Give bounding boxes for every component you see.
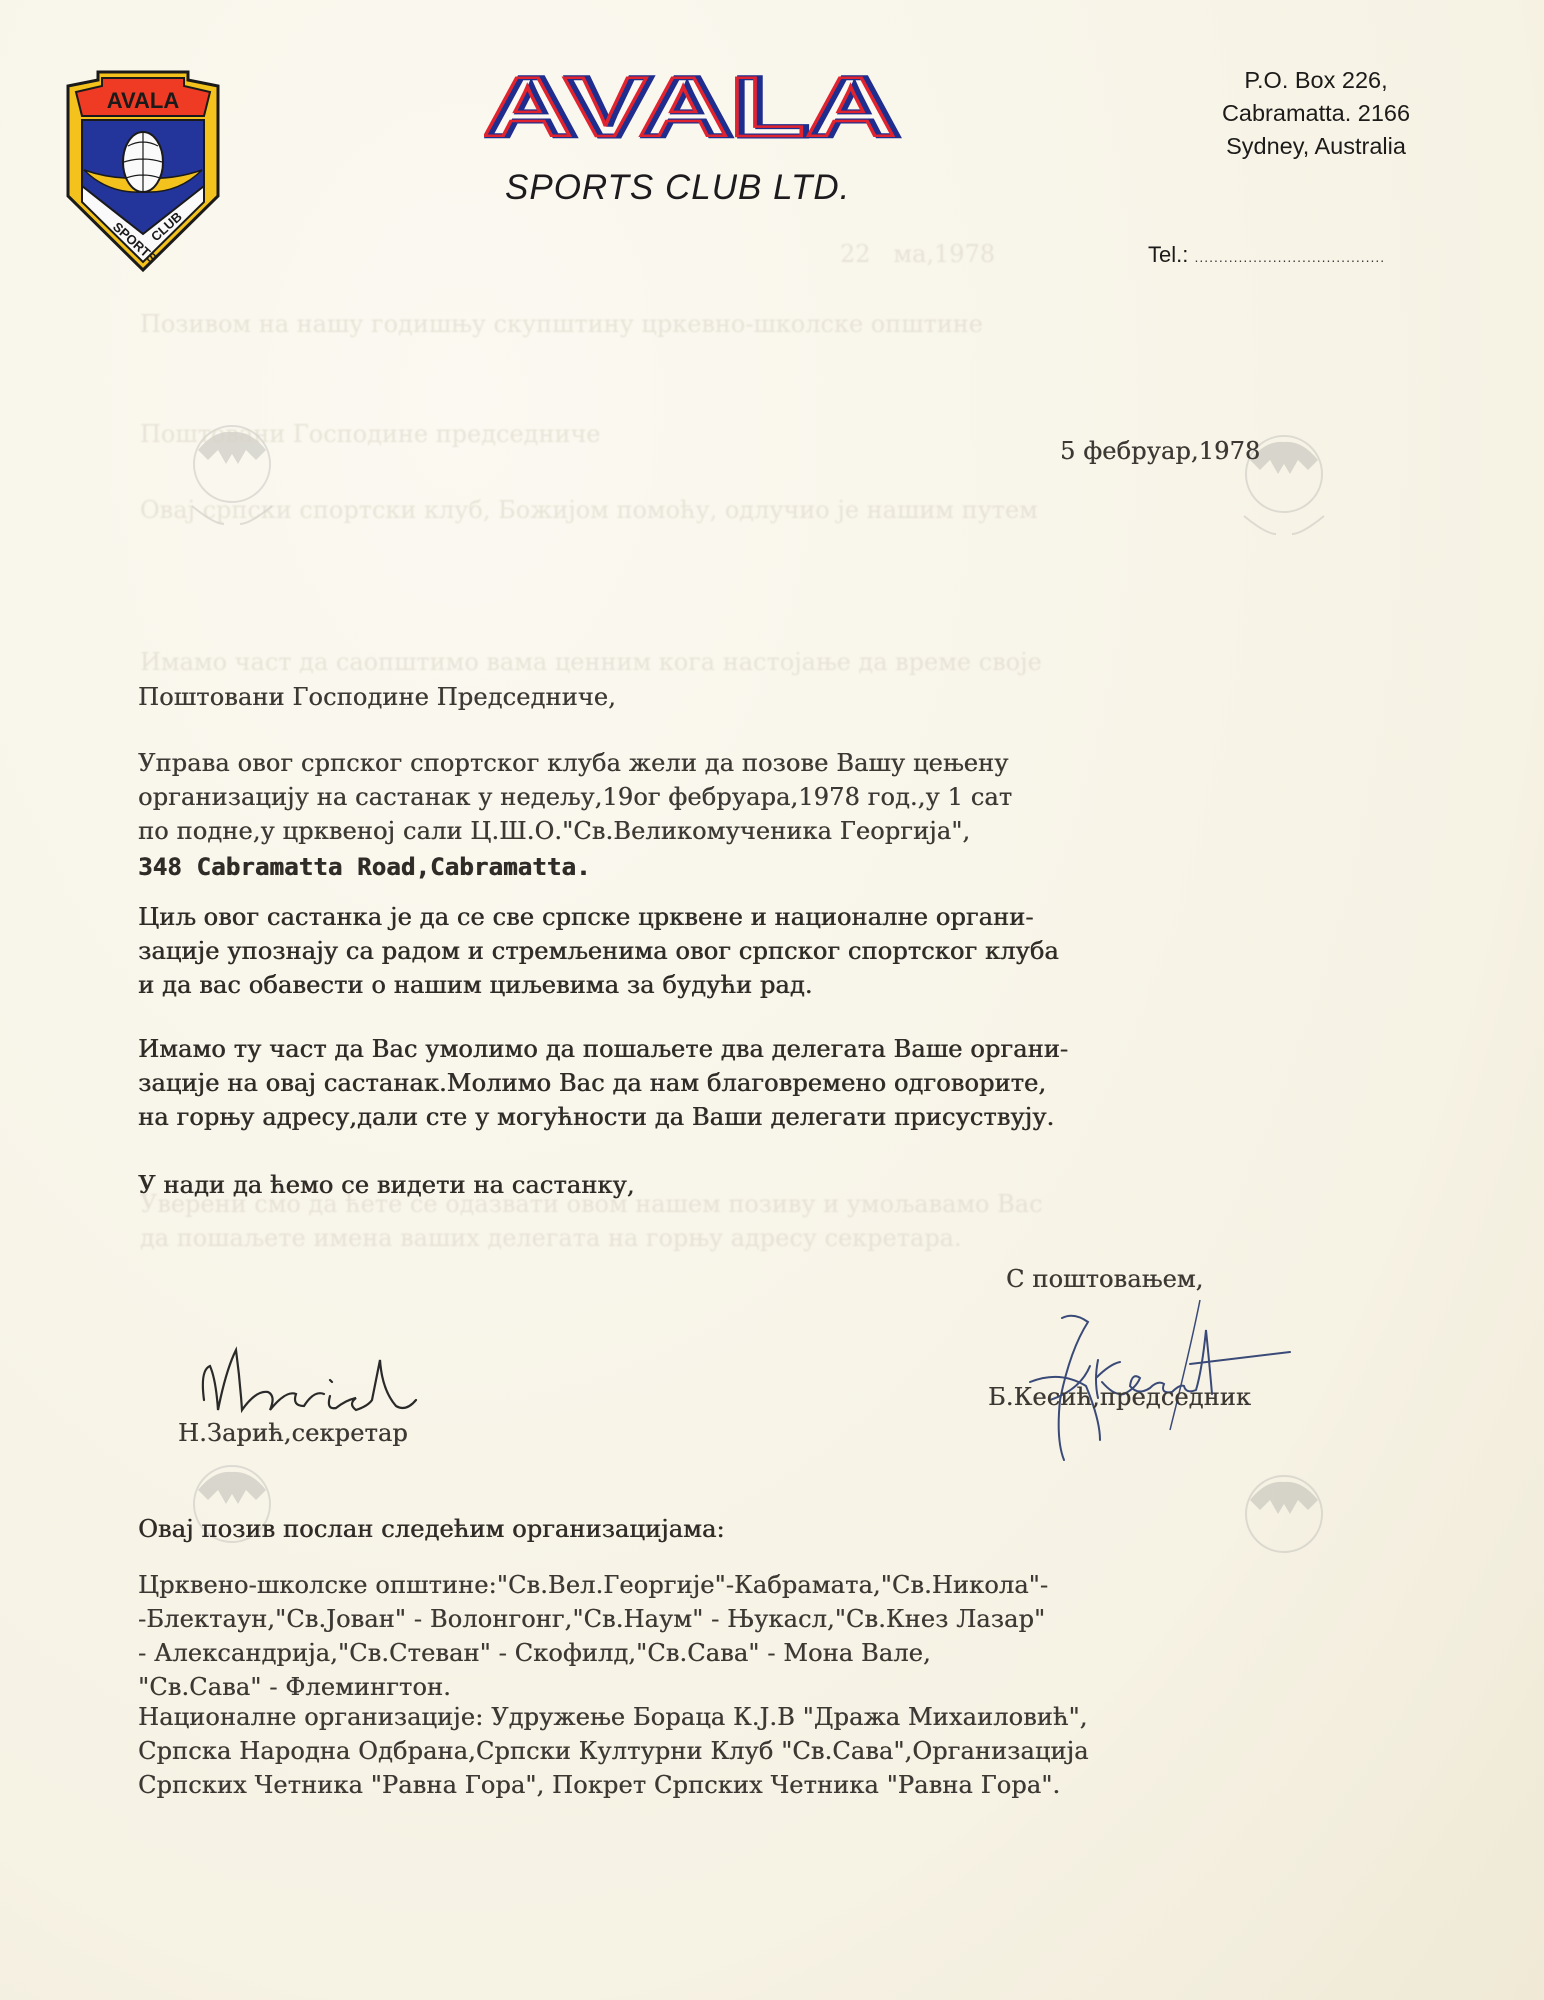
- secretary-name: Н.Зарић,секретар: [178, 1416, 408, 1450]
- address-line: Cabramatta. 2166: [1196, 97, 1436, 130]
- bleed-through-text: Позивом на нашу годишњу скупштину цркевн…: [140, 310, 983, 338]
- paragraph-delegates: Имамо ту част да Вас умолимо да пошаљете…: [138, 1032, 1068, 1134]
- national-organizations-list: Националне организације: Удружење Бораца…: [138, 1700, 1089, 1802]
- text-line: зације на овај састанак.Молимо Вас да на…: [138, 1066, 1068, 1100]
- distribution-heading: Овај позив послан следећим организацијам…: [138, 1512, 725, 1546]
- bleed-through-text: Овај српски спортски клуб, Божијом помоћ…: [140, 496, 1038, 524]
- president-name: Б.Кесић,председник: [988, 1380, 1251, 1414]
- text-line: Националне организације: Удружење Бораца…: [138, 1700, 1089, 1734]
- text-line: организацију на састанак у недељу,19ог ф…: [138, 780, 1012, 814]
- text-line: Циљ овог састанка је да се све српске цр…: [138, 900, 1059, 934]
- bleed-through-text: 22 ма,1978: [840, 240, 995, 268]
- venue-address: 348 Cabramatta Road,Cabramatta.: [138, 850, 591, 884]
- text-line: зације упознају са радом и стремљенима о…: [138, 934, 1059, 968]
- bleed-through-text: Имамо част да саопштимо вама ценним кога…: [140, 648, 1042, 676]
- text-line: Српских Четника "Равна Гора", Покрет Срп…: [138, 1768, 1089, 1802]
- telephone-field: Tel.: ..................................…: [1148, 242, 1385, 268]
- crest-top-label: AVALA: [107, 88, 180, 113]
- text-line: и да вас обавести о нашим циљевима за бу…: [138, 968, 1059, 1002]
- text-line: Имамо ту част да Вас умолимо да пошаљете…: [138, 1032, 1068, 1066]
- text-line: Црквено-школске општине:"Св.Вел.Георгије…: [138, 1568, 1048, 1602]
- company-subtitle: SPORTS CLUB LTD.: [505, 168, 850, 208]
- bleed-through-text: Поштовани Господине председниче: [140, 420, 601, 448]
- svg-text:AVALA: AVALA: [484, 70, 896, 142]
- paragraph-purpose: Циљ овог састанка је да се све српске цр…: [138, 900, 1059, 1002]
- church-organizations-list: Црквено-школске општине:"Св.Вел.Георгије…: [138, 1568, 1048, 1704]
- text-line: "Св.Сава" - Флемингтон.: [138, 1670, 1048, 1704]
- letterhead-address: P.O. Box 226, Cabramatta. 2166 Sydney, A…: [1196, 64, 1436, 163]
- avala-crest-logo: AVALA SPORTS CLUB: [58, 66, 228, 274]
- text-line: Српска Народна Одбрана,Српски Културни К…: [138, 1734, 1089, 1768]
- address-line: P.O. Box 226,: [1196, 64, 1436, 97]
- text-line: Управа овог српског спортског клуба жели…: [138, 746, 1012, 780]
- avala-wordmark-logo: AVALA AVALA: [484, 70, 904, 142]
- text-line: по подне,у црквеној сали Ц.Ш.О."Св.Велик…: [138, 814, 1012, 848]
- letter-page: 22 ма,1978 Позивом на нашу годишњу скупш…: [0, 0, 1544, 2000]
- text-line: - Александрија,"Св.Стеван" - Скофилд,"Св…: [138, 1636, 1048, 1670]
- telephone-label: Tel.:: [1148, 242, 1188, 267]
- paragraph-invitation: Управа овог српског спортског клуба жели…: [138, 746, 1012, 848]
- salutation: Поштовани Господине Председниче,: [138, 680, 616, 714]
- bleed-through-text: да пошаљете имена ваших делегата на горњ…: [140, 1224, 962, 1252]
- eagle-watermark-icon: [1236, 1470, 1332, 1580]
- paragraph-hope: У нади да ћемо се видети на састанку,: [138, 1168, 634, 1202]
- letter-date: 5 фебруар,1978: [1060, 434, 1260, 468]
- telephone-blank: .......................................: [1194, 249, 1385, 265]
- text-line: на горњу адресу,дали сте у могућности да…: [138, 1100, 1068, 1134]
- text-line: -Блектаун,"Св.Јован" - Волонгонг,"Св.Нау…: [138, 1602, 1048, 1636]
- address-line: Sydney, Australia: [1196, 130, 1436, 163]
